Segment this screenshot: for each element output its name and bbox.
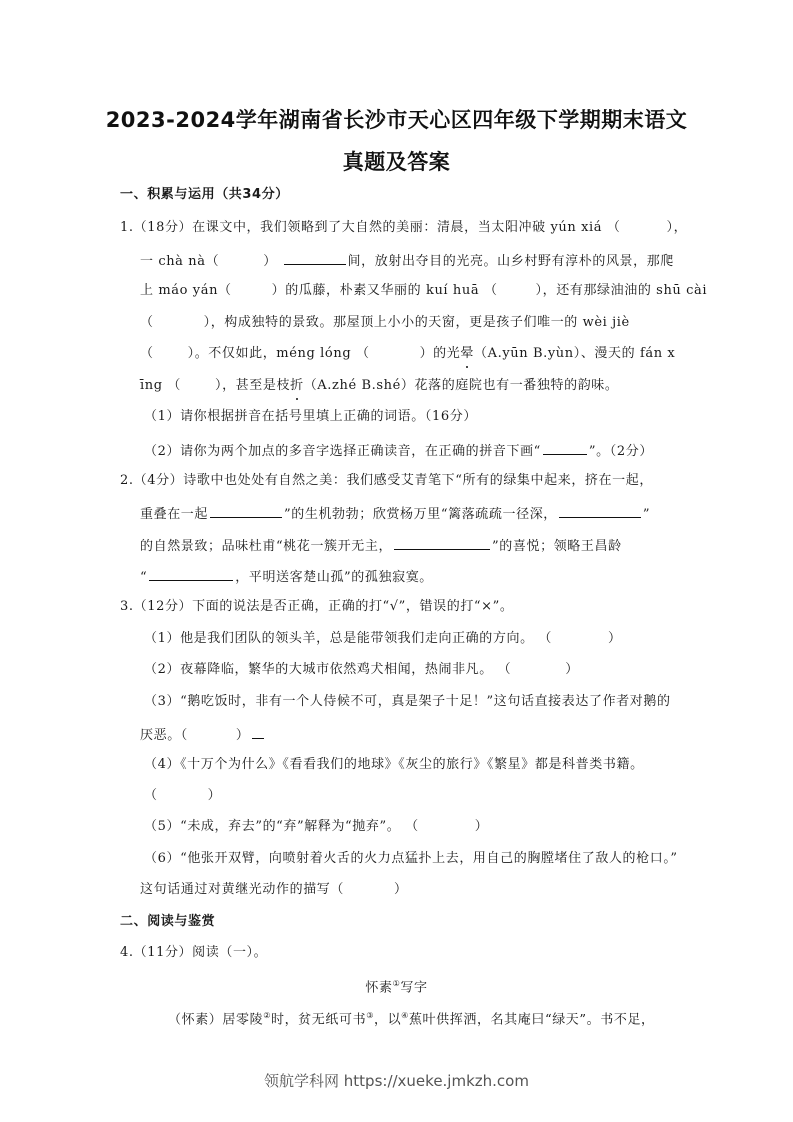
passage-title: 怀素①写字 [0, 975, 793, 997]
exam-page: 2023-2024学年湖南省长沙市天心区四年级下学期期末语文 真题及答案 一、积… [0, 0, 793, 1122]
q1-text: ） [263, 254, 277, 269]
q1-text: ）的瓜藤，朴素又华丽的 kuí huā （ [272, 283, 498, 298]
q2-blank-3[interactable] [394, 535, 490, 550]
q2-text: ”的生机勃勃；欣赏杨万里“篱落疏疏一径深， [284, 507, 557, 522]
q1-line4: （），构成独特的景致。那屋顶上小小的天窗，更是孩子们唯一的 wèi jiè [140, 314, 630, 332]
document-title-line1: 2023-2024学年湖南省长沙市天心区四年级下学期期末语文 [0, 104, 793, 134]
q1-text: 上 máo yán（ [140, 283, 232, 298]
q1-text: 一 chà nà（ [140, 254, 219, 269]
q3-text: 这句话通过对黄继光动作的描写（ [140, 882, 344, 897]
q1-text: （ [140, 315, 154, 330]
q2-line1: 2.（4分）诗歌中也处处有自然之美：我们感受艾青笔下“所有的绿集中起来，挤在一起… [120, 472, 653, 490]
document-title-line2: 真题及答案 [0, 146, 793, 176]
q1-line5: （）。不仅如此，méng lóng （）的光晕（A.yūn B.yùn）、漫天的… [140, 345, 675, 363]
q3-statement-6: （6）“他张开双臂，向喷射着火舌的火力点猛扑上去，用自己的胸膛堵住了敌人的枪口。… [144, 850, 678, 868]
q1-text: ”。（2分） [589, 444, 653, 459]
q1-sub2: （2）请你为两个加点的多音字选择正确读音，在正确的拼音下画“”。（2分） [144, 440, 653, 461]
q3-stray-underline [252, 724, 264, 739]
q1-line6: īng （），甚至是枝折（A.zhé B.shé）花落的庭院也有一番独特的韵味。 [140, 377, 619, 395]
q1-sub2-underline [543, 440, 587, 455]
q3-text: ） [236, 728, 250, 743]
q1-text: ），构成独特的景致。那屋顶上小小的天窗，更是孩子们唯一的 wèi jiè [204, 315, 630, 330]
q1-line1: 1.（18分）在课文中，我们领略到了大自然的美丽：清晨，当太阳冲破 yún xi… [120, 219, 687, 237]
q2-text: 的自然景致；品味杜甫“桃花一簇开无主， [140, 539, 392, 554]
q3-statement-3-cont: 厌恶。（） [140, 724, 266, 745]
q2-text: ”的喜悦；领略王昌龄 [492, 539, 622, 554]
q4-line1: 4.（11分）阅读（一）。 [120, 944, 267, 962]
q2-line4: “，平明送客楚山孤”的孤独寂寞。 [140, 566, 433, 587]
q1-text: （2）请你为两个加点的多音字选择正确读音，在正确的拼音下画“ [144, 444, 541, 459]
q3-answer-close: ） [608, 631, 622, 646]
q3-answer-close: ） [565, 662, 579, 677]
q3-answer-open: （ [144, 788, 158, 803]
q3-line1: 3.（12分）下面的说法是否正确，正确的打“√”，错误的打“×”。 [120, 598, 514, 616]
passage-text: 蕉叶供挥洒，名其庵曰“绿天”。书不足， [409, 1012, 655, 1027]
q2-text: ，平明送客楚山孤”的孤独寂寞。 [235, 570, 433, 585]
section1-heading: 一、积累与运用（共34分） [120, 186, 289, 204]
passage-text: （怀素）居零陵 [168, 1012, 263, 1027]
q3-statement-5: （5）“未成，弃去”的“弃”解释为“抛弃”。 （） [144, 818, 488, 836]
q3-text: （1）他是我们团队的领头羊，总是能带领我们走向正确的方向。 [144, 631, 534, 646]
watermark-footer: 领航学科网 https://xueke.jmkzh.com [0, 1070, 793, 1091]
q2-line3: 的自然景致；品味杜甫“桃花一簇开无主，”的喜悦；领略王昌龄 [140, 535, 622, 556]
footnote-marker: ③ [366, 1011, 374, 1020]
q2-text: 重叠在一起 [140, 507, 208, 522]
q1-line2: 一 chà nà（） 间，放射出夺目的光亮。山乡村野有淳朴的风景，那爬 [140, 250, 674, 271]
q2-blank-2[interactable] [559, 503, 641, 518]
q3-statement-4: （4）《十万个为什么》《看看我们的地球》《灰尘的旅行》《繁星》都是科普类书籍。 [144, 756, 644, 774]
q3-answer-close: ） [208, 788, 222, 803]
passage-paragraph-1: （怀素）居零陵②时，贫无纸可书③，以④蕉叶供挥洒，名其庵曰“绿天”。书不足， [168, 1007, 655, 1029]
passage-text: 时，贫无纸可书 [271, 1012, 366, 1027]
q1-blank-underline[interactable] [284, 250, 346, 265]
q2-blank-1[interactable] [210, 503, 282, 518]
q3-statement-4-answer: （） [144, 787, 221, 805]
q2-text: “ [140, 570, 147, 585]
q2-blank-4[interactable] [149, 566, 233, 581]
footnote-marker: ② [263, 1011, 271, 1020]
q1-text: ）。不仅如此，méng lóng （ [188, 346, 370, 361]
passage-title-text: 怀素 [365, 980, 392, 995]
q1-text: （ [140, 346, 154, 361]
q3-answer-open: （ [498, 662, 512, 677]
q1-text: ），甚至是枝 [215, 378, 290, 393]
q3-answer-open: （ [538, 631, 552, 646]
q3-statement-6-cont: 这句话通过对黄继光动作的描写（） [140, 881, 408, 899]
q1-text: ）的光 [420, 346, 461, 361]
q3-text: （2）夜幕降临，繁华的大城市依然鸡犬相闻，热闹非凡。 [144, 662, 493, 677]
q3-answer-close: ） [475, 819, 489, 834]
section2-heading: 二、阅读与鉴赏 [120, 913, 215, 931]
q1-text: īng （ [140, 378, 181, 393]
q3-answer-open: （ [405, 819, 419, 834]
dotted-character: 晕 [460, 345, 474, 363]
q3-statement-1: （1）他是我们团队的领头羊，总是能带领我们走向正确的方向。 （） [144, 630, 622, 648]
q2-text: ” [643, 507, 650, 522]
q3-text: （5）“未成，弃去”的“弃”解释为“抛弃”。 [144, 819, 400, 834]
q1-line3: 上 máo yán（）的瓜藤，朴素又华丽的 kuí huā （），还有那绿油油的… [140, 282, 707, 300]
q1-text: ），还有那绿油油的 shū cài [536, 283, 708, 298]
q1-text: ）， [666, 220, 687, 235]
q1-text: 间，放射出夺目的光亮。山乡村野有淳朴的风景，那爬 [348, 254, 674, 269]
q3-text: ） [394, 882, 408, 897]
q1-text: 1.（18分）在课文中，我们领略到了大自然的美丽：清晨，当太阳冲破 yún xi… [120, 220, 620, 235]
footnote-marker: ④ [401, 1011, 409, 1020]
q2-line2: 重叠在一起”的生机勃勃；欣赏杨万里“篱落疏疏一径深，” [140, 503, 650, 524]
q3-text: 厌恶。（ [140, 728, 188, 743]
q1-sub1: （1）请你根据拼音在括号里填上正确的词语。（16分） [144, 408, 477, 426]
q3-statement-3: （3）“鹅吃饭时，非有一个人侍候不可，真是架子十足！”这句话直接表达了作者对鹅的 [144, 693, 671, 711]
q3-statement-2: （2）夜幕降临，繁华的大城市依然鸡犬相闻，热闹非凡。 （） [144, 661, 579, 679]
passage-text: ，以 [374, 1012, 401, 1027]
passage-title-text: 写字 [400, 980, 427, 995]
q1-text: （A.yūn B.yùn）、漫天的 fán x [474, 346, 675, 361]
q1-text: （A.zhé B.shé）花落的庭院也有一番独特的韵味。 [304, 378, 619, 393]
dotted-character: 折 [290, 377, 304, 395]
